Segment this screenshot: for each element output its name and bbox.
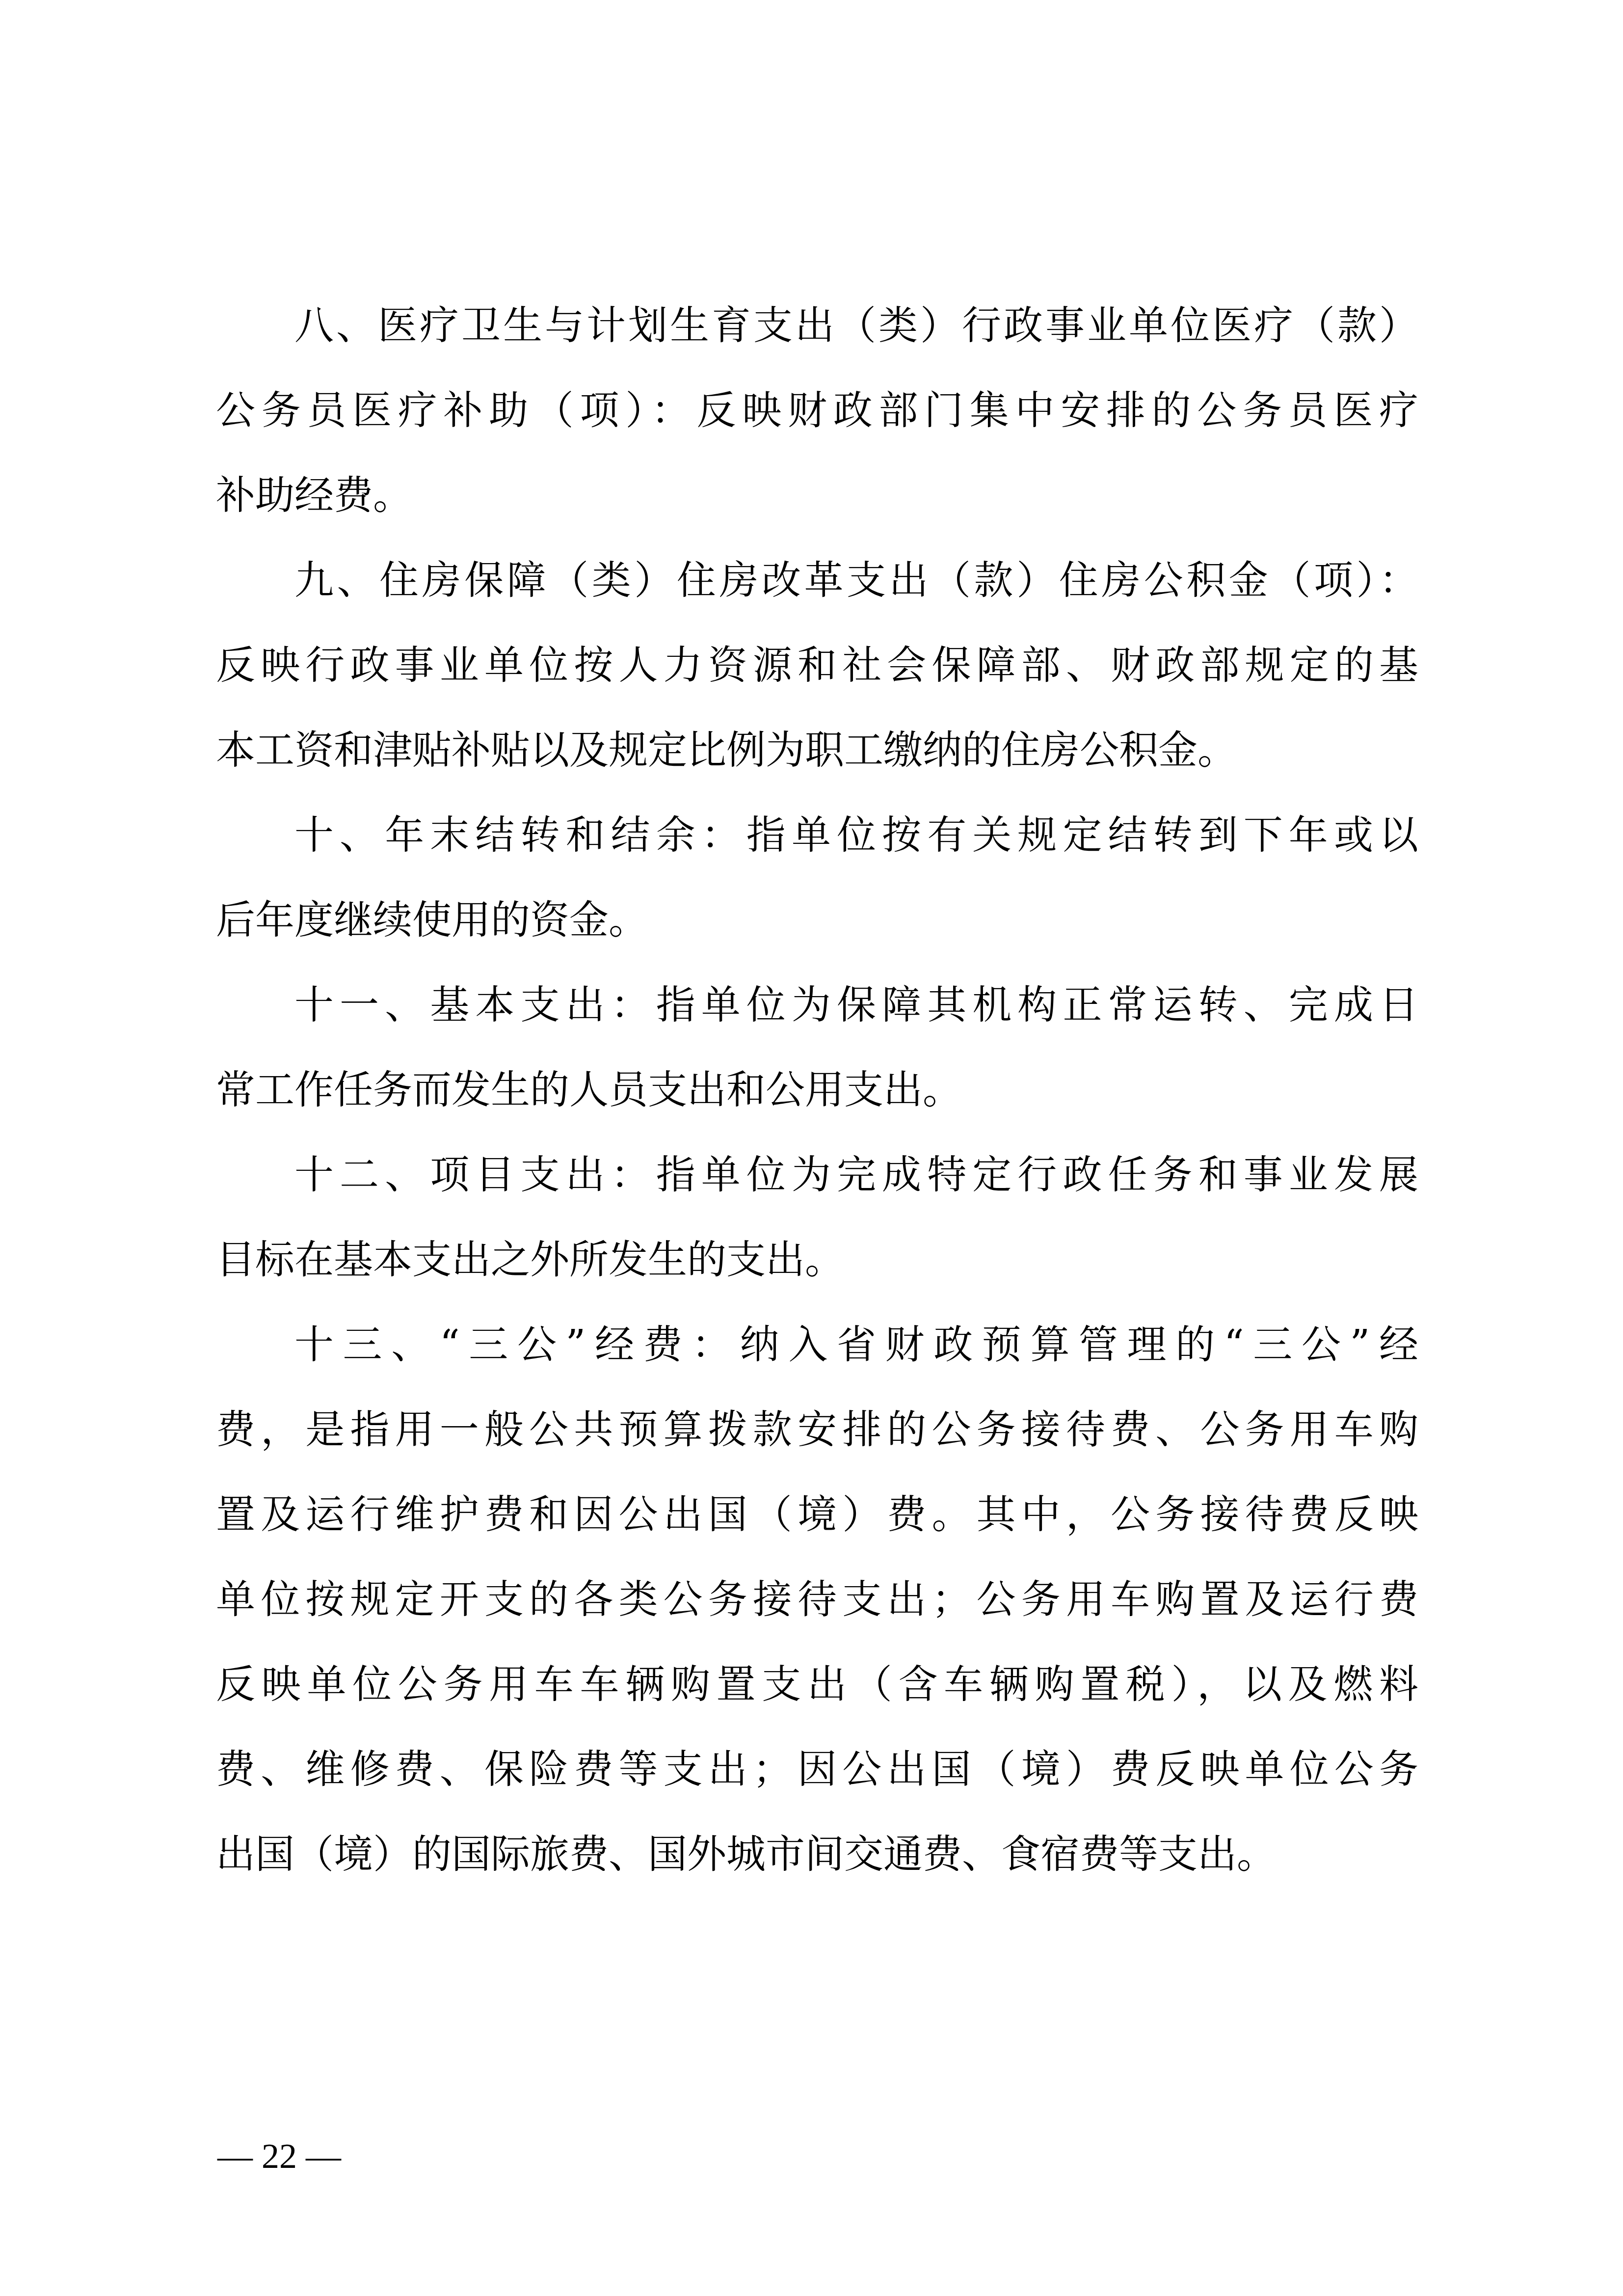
text-line: 十、年末结转和结余：指单位按有关规定结转到下年或以	[216, 792, 1418, 877]
text-line: 常工作任务而发生的人员支出和公用支出。	[216, 1047, 1418, 1132]
text-line: 费、维修费、保险费等支出；因公出国（境）费反映单位公务	[216, 1727, 1418, 1811]
text-line: 单位按规定开支的各类公务接待支出；公务用车购置及运行费	[216, 1557, 1418, 1642]
text-line: 出国（境）的国际旅费、国外城市间交通费、食宿费等支出。	[216, 1811, 1418, 1896]
text-line: 反映行政事业单位按人力资源和社会保障部、财政部规定的基	[216, 622, 1418, 707]
text-line: 后年度继续使用的资金。	[216, 877, 1418, 962]
text-line: 公务员医疗补助（项）：反映财政部门集中安排的公务员医疗	[216, 368, 1418, 453]
text-line: 八、医疗卫生与计划生育支出（类）行政事业单位医疗（款）	[216, 283, 1418, 368]
document-page: 八、医疗卫生与计划生育支出（类）行政事业单位医疗（款） 公务员医疗补助（项）：反…	[0, 0, 1623, 2296]
paragraph-item-11: 十一、基本支出：指单位为保障其机构正常运转、完成日 常工作任务而发生的人员支出和…	[216, 962, 1418, 1132]
text-line: 本工资和津贴补贴以及规定比例为职工缴纳的住房公积金。	[216, 707, 1418, 792]
text-line: 补助经费。	[216, 453, 1418, 538]
page-number: — 22 —	[217, 2136, 341, 2176]
text-line: 十三、“三公”经费：纳入省财政预算管理的“三公”经	[216, 1302, 1418, 1387]
text-line: 反映单位公务用车车辆购置支出（含车辆购置税），以及燃料	[216, 1642, 1418, 1727]
paragraph-item-8: 八、医疗卫生与计划生育支出（类）行政事业单位医疗（款） 公务员医疗补助（项）：反…	[216, 283, 1418, 538]
paragraph-item-10: 十、年末结转和结余：指单位按有关规定结转到下年或以 后年度继续使用的资金。	[216, 792, 1418, 962]
text-line: 目标在基本支出之外所发生的支出。	[216, 1217, 1418, 1302]
paragraph-item-13: 十三、“三公”经费：纳入省财政预算管理的“三公”经 费，是指用一般公共预算拨款安…	[216, 1302, 1418, 1896]
text-line: 十一、基本支出：指单位为保障其机构正常运转、完成日	[216, 962, 1418, 1047]
text-line: 九、住房保障（类）住房改革支出（款）住房公积金（项）：	[216, 538, 1418, 622]
text-line: 置及运行维护费和因公出国（境）费。其中，公务接待费反映	[216, 1472, 1418, 1557]
paragraph-item-9: 九、住房保障（类）住房改革支出（款）住房公积金（项）： 反映行政事业单位按人力资…	[216, 538, 1418, 792]
paragraph-item-12: 十二、项目支出：指单位为完成特定行政任务和事业发展 目标在基本支出之外所发生的支…	[216, 1132, 1418, 1302]
text-line: 费，是指用一般公共预算拨款安排的公务接待费、公务用车购	[216, 1387, 1418, 1472]
document-body: 八、医疗卫生与计划生育支出（类）行政事业单位医疗（款） 公务员医疗补助（项）：反…	[216, 283, 1418, 1896]
text-line: 十二、项目支出：指单位为完成特定行政任务和事业发展	[216, 1132, 1418, 1217]
